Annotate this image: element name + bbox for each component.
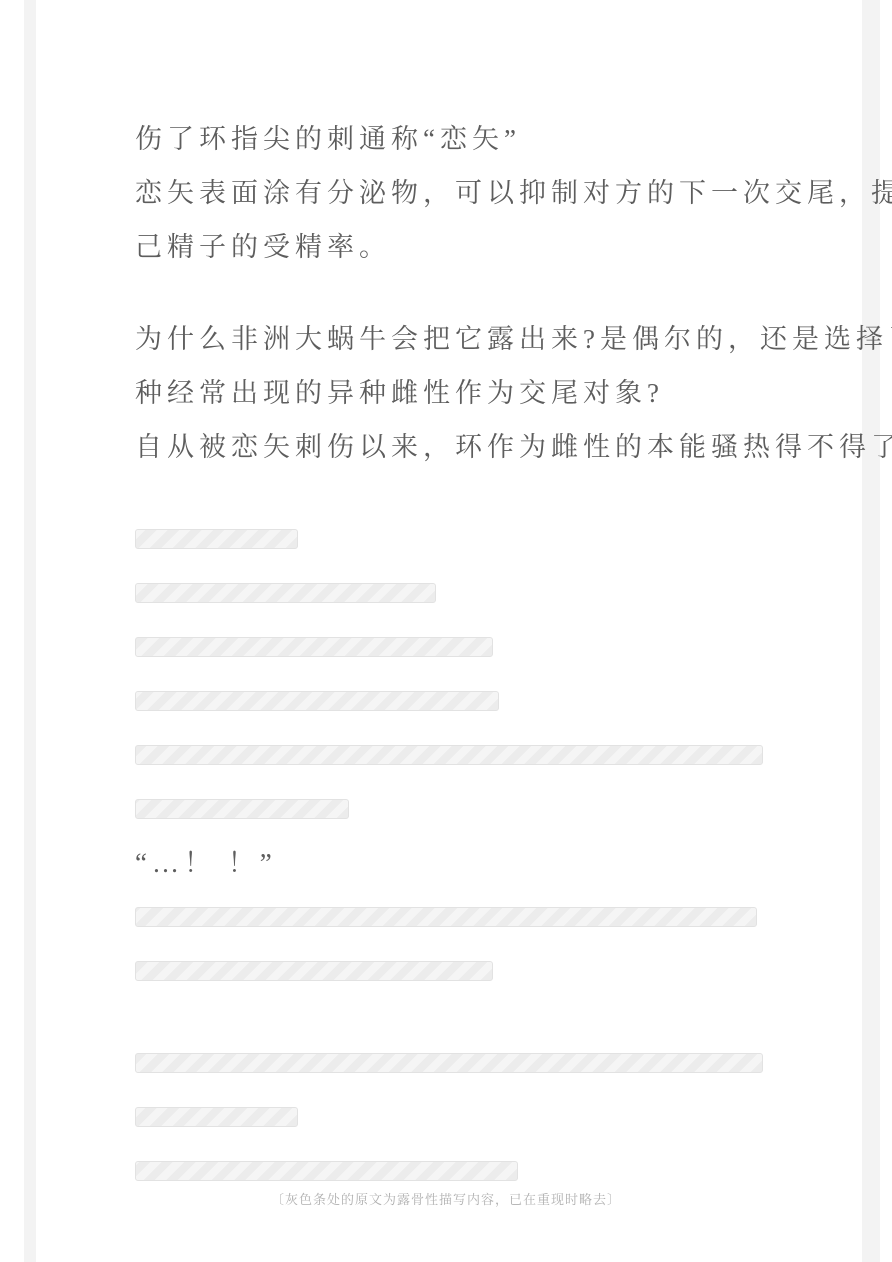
text-line: “…！ ！” [135,836,763,890]
text-line: 伤了环指尖的刺通称“恋矢” [135,112,763,166]
redacted-line [135,674,763,728]
redacted-line [135,566,763,620]
text-line: 自从被恋矢刺伤以来，环作为雌性的本能骚热得不得了。 [135,420,763,474]
redacted-line [135,512,763,566]
redaction-bar [135,583,436,603]
redaction-bar [135,961,493,981]
redaction-bar [135,529,298,549]
redaction-bar [135,1107,298,1127]
redacted-line [135,728,763,782]
paragraph: 伤了环指尖的刺通称“恋矢”恋矢表面涂有分泌物，可以抑制对方的下一次交尾，提高自己… [135,112,763,274]
redaction-note: 〔灰色条处的原文为露骨性描写内容，已在重现时略去〕 [0,1189,892,1208]
text-block: 伤了环指尖的刺通称“恋矢”恋矢表面涂有分泌物，可以抑制对方的下一次交尾，提高自己… [135,112,763,1236]
redacted-line [135,620,763,674]
paragraph [135,1036,763,1198]
redaction-bar [135,637,493,657]
text-line: 恋矢表面涂有分泌物，可以抑制对方的下一次交尾，提高自 [135,166,763,220]
left-margin-shade [24,0,36,1262]
redaction-bar [135,691,499,711]
paragraph: 为什么非洲大蜗牛会把它露出来?是偶尔的，还是选择了这种经常出现的异种雌性作为交尾… [135,312,763,474]
redaction-bar [135,1053,763,1073]
redacted-line [135,782,763,836]
paragraph: “…！ ！” [135,512,763,998]
redacted-line [135,944,763,998]
redaction-bar [135,1161,518,1181]
redacted-line [135,1036,763,1090]
redaction-bar [135,745,763,765]
text-line: 种经常出现的异种雌性作为交尾对象? [135,366,763,420]
redacted-line [135,1090,763,1144]
redacted-line [135,890,763,944]
redaction-bar [135,799,349,819]
text-line: 己精子的受精率。 [135,220,763,274]
redaction-bar [135,907,757,927]
document-page: 伤了环指尖的刺通称“恋矢”恋矢表面涂有分泌物，可以抑制对方的下一次交尾，提高自己… [0,0,892,1262]
text-line: 为什么非洲大蜗牛会把它露出来?是偶尔的，还是选择了这 [135,312,763,366]
